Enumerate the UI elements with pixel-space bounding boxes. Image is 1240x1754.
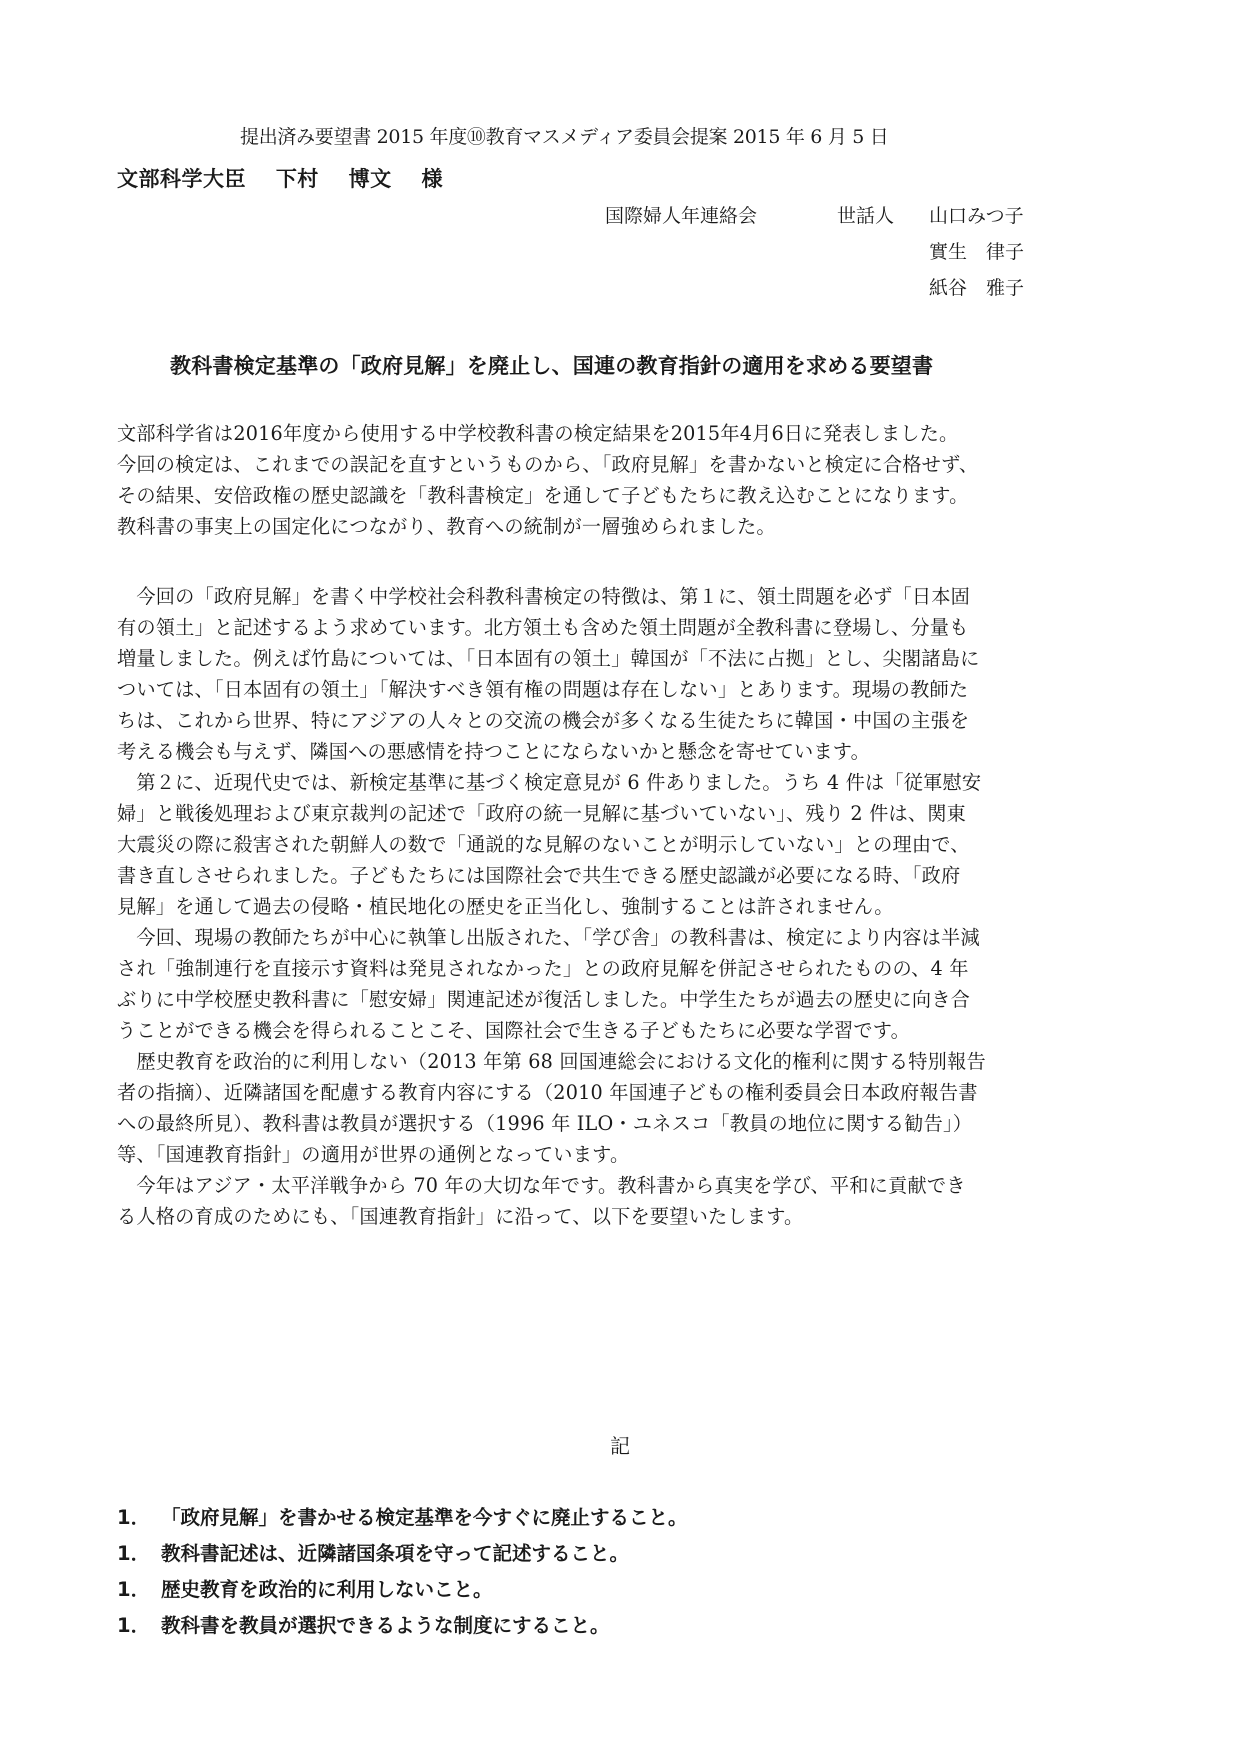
sender-row: 紙谷 雅子 [605,270,1024,306]
document-title: 教科書検定基準の「政府見解」を廃止し、国連の教育指針の適用を求める要望書 [170,350,1070,380]
request-text: 教科書を教員が選択できるような制度にすること。 [161,1614,610,1637]
recipient-line: 文部科学大臣 下村 博文 様 [117,163,465,193]
request-item: 1．歴史教育を政治的に利用しないこと。 [117,1572,688,1608]
text-line: 歴史教育を政治的に利用しない（2013 年第 68 回国連総会における文化的権利… [117,1046,1017,1077]
text-line: 者の指摘）、近隣諸国を配慮する教育内容にする（2010 年国連子どもの権利委員会… [117,1077,1017,1108]
request-text: 「政府見解」を書かせる検定基準を今すぐに廃止すること。 [161,1506,688,1529]
request-item: 1．「政府見解」を書かせる検定基準を今すぐに廃止すること。 [117,1500,688,1536]
text-line: うことができる機会を得られることこそ、国際社会で生きる子どもたちに必要な学習です… [117,1015,1017,1046]
request-text: 教科書記述は、近隣諸国条項を守って記述すること。 [161,1542,629,1565]
text-line: され「強制連行を直接示す資料は発見されなかった」との政府見解を併記させられたもの… [117,953,1017,984]
document-page: 提出済み要望書 2015 年度⑩教育マスメディア委員会提案 2015 年 6 月… [0,0,1240,1754]
request-list: 1．「政府見解」を書かせる検定基準を今すぐに廃止すること。 1．教科書記述は、近… [117,1500,688,1644]
text-line: ちは、これから世界、特にアジアの人々との交流の機会が多くなる生徒たちに韓国・中国… [117,705,1017,736]
text-line: ついては、「日本固有の領土」「解決すべき領有権の問題は存在しない」とあります。現… [117,674,1017,705]
text-line: 今回、現場の教師たちが中心に執筆し出版された、「学び舎」の教科書は、検定により内… [117,922,1017,953]
text-line: 婦」と戦後処理および東京裁判の記述で「政府の統一見解に基づいていない」、残り 2… [117,798,1017,829]
request-number: 1． [117,1500,161,1536]
request-number: 1． [117,1608,161,1644]
paragraph-5: 歴史教育を政治的に利用しない（2013 年第 68 回国連総会における文化的権利… [117,1046,1017,1170]
text-line: 大震災の際に殺害された朝鮮人の数で「通説的な見解のないことが明示していない」との… [117,829,1017,860]
text-line: 第２に、近現代史では、新検定基準に基づく検定意見が 6 件ありました。うち 4 … [117,767,1017,798]
sender-name: 紙谷 雅子 [929,270,1024,306]
paragraph-3: 第２に、近現代史では、新検定基準に基づく検定意見が 6 件ありました。うち 4 … [117,767,1017,922]
request-item: 1．教科書を教員が選択できるような制度にすること。 [117,1608,688,1644]
sender-row: 實生 律子 [605,234,1024,270]
request-item: 1．教科書記述は、近隣諸国条項を守って記述すること。 [117,1536,688,1572]
text-line: 等、「国連教育指針」の適用が世界の通例となっています。 [117,1139,1017,1170]
request-number: 1． [117,1572,161,1608]
document-body: 文部科学省は2016年度から使用する中学校教科書の検定結果を2015年4月6日に… [117,418,1017,1232]
text-line: 教科書の事実上の国定化につながり、教育への統制が一層強められました。 [117,511,1017,542]
text-line: 文部科学省は2016年度から使用する中学校教科書の検定結果を2015年4月6日に… [117,418,1017,449]
ki-label: 記 [0,1430,1240,1459]
sender-name: 山口みつ子 [929,198,1024,234]
text-line: 増量しました。例えば竹島については、「日本固有の領土」韓国が「不法に占拠」とし、… [117,643,1017,674]
sender-block: 国際婦人年連絡会 世話人 山口みつ子 實生 律子 紙谷 雅子 [605,198,1024,306]
text-line: への最終所見）、教科書は教員が選択する（1996 年 ILO・ユネスコ「教員の地… [117,1108,1017,1139]
sender-name: 實生 律子 [929,234,1024,270]
text-line: 今回の「政府見解」を書く中学校社会科教科書検定の特徴は、第１に、領土問題を必ず「… [117,581,1017,612]
request-number: 1． [117,1536,161,1572]
paragraph-gap [117,542,1017,573]
request-text: 歴史教育を政治的に利用しないこと。 [161,1578,493,1601]
paragraph-gap [117,573,1017,581]
text-line: 有の領土」と記述するよう求めています。北方領土も含めた領土問題が全教科書に登場し… [117,612,1017,643]
sender-row-main: 国際婦人年連絡会 世話人 山口みつ子 [605,198,1024,234]
paragraph-4: 今回、現場の教師たちが中心に執筆し出版された、「学び舎」の教科書は、検定により内… [117,922,1017,1046]
text-line: その結果、安倍政権の歴史認識を「教科書検定」を通して子どもたちに教え込むことにな… [117,480,1017,511]
sender-role: 世話人 [837,198,929,234]
submission-header: 提出済み要望書 2015 年度⑩教育マスメディア委員会提案 2015 年 6 月… [240,122,1040,149]
recipient-honorific: 様 [421,167,443,191]
recipient-title: 文部科学大臣 [117,167,246,191]
paragraph-1: 文部科学省は2016年度から使用する中学校教科書の検定結果を2015年4月6日に… [117,418,1017,542]
recipient-given-name: 博文 [349,167,392,191]
sender-organization: 国際婦人年連絡会 [605,198,837,234]
text-line: ぶりに中学校歴史教科書に「慰安婦」関連記述が復活しました。中学生たちが過去の歴史… [117,984,1017,1015]
text-line: 今回の検定は、これまでの誤記を直すというものから、「政府見解」を書かないと検定に… [117,449,1017,480]
paragraph-6: 今年はアジア・太平洋戦争から 70 年の大切な年です。教科書から真実を学び、平和… [117,1170,1017,1232]
text-line: 考える機会も与えず、隣国への悪感情を持つことにならないかと懸念を寄せています。 [117,736,1017,767]
text-line: 書き直しさせられました。子どもたちには国際社会で共生できる歴史認識が必要になる時… [117,860,1017,891]
text-line: る人格の育成のためにも、「国連教育指針」に沿って、以下を要望いたします。 [117,1201,1017,1232]
text-line: 見解」を通して過去の侵略・植民地化の歴史を正当化し、強制することは許されません。 [117,891,1017,922]
text-line: 今年はアジア・太平洋戦争から 70 年の大切な年です。教科書から真実を学び、平和… [117,1170,1017,1201]
paragraph-2: 今回の「政府見解」を書く中学校社会科教科書検定の特徴は、第１に、領土問題を必ず「… [117,581,1017,767]
recipient-surname: 下村 [276,167,319,191]
